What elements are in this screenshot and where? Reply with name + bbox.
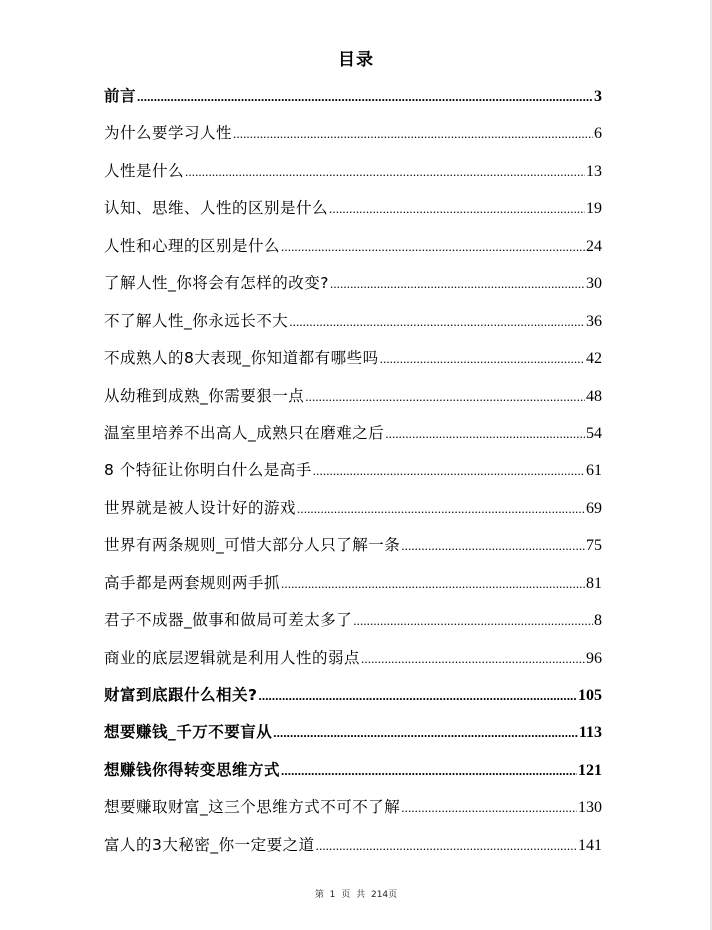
toc-entry-page-number[interactable]: 13 bbox=[586, 160, 602, 184]
toc-entry[interactable]: 想赚钱你得转变思维方式121 bbox=[104, 758, 602, 795]
toc-entry-label[interactable]: 想赚钱你得转变思维方式 bbox=[104, 758, 280, 782]
toc-title: 目录 bbox=[0, 45, 712, 70]
dot-leader bbox=[259, 684, 578, 708]
toc-entry-label[interactable]: 世界有两条规则_可惜大部分人只了解一条 bbox=[104, 533, 400, 557]
toc-entry[interactable]: 了解人性_你将会有怎样的改变?30 bbox=[104, 271, 602, 308]
toc-entry[interactable]: 高手都是两套规则两手抓81 bbox=[104, 571, 602, 608]
toc-entry-page-number[interactable]: 69 bbox=[586, 497, 602, 521]
dot-leader bbox=[316, 834, 577, 858]
toc-entry[interactable]: 想要赚取财富_这三个思维方式不可不了解130 bbox=[104, 795, 602, 832]
toc-entry-page-number[interactable]: 19 bbox=[586, 197, 602, 221]
toc-entry[interactable]: 财富到底跟什么相关?105 bbox=[104, 683, 602, 720]
toc-entry[interactable]: 人性和心理的区别是什么24 bbox=[104, 234, 602, 271]
toc-entry-page-number[interactable]: 3 bbox=[594, 85, 602, 109]
dot-leader bbox=[289, 310, 585, 334]
toc-entry-page-number[interactable]: 96 bbox=[586, 647, 602, 671]
toc-entry[interactable]: 8 个特征让你明白什么是高手61 bbox=[104, 458, 602, 495]
toc-entry-label[interactable]: 想要赚钱_千万不要盲从 bbox=[104, 720, 272, 744]
toc-entry-page-number[interactable]: 75 bbox=[586, 534, 602, 558]
dot-leader bbox=[380, 347, 585, 371]
toc-entry[interactable]: 不成熟人的8大表现_你知道都有哪些吗42 bbox=[104, 346, 602, 383]
toc-entry-label[interactable]: 为什么要学习人性 bbox=[104, 121, 232, 145]
dot-leader bbox=[281, 235, 585, 259]
toc-entry[interactable]: 为什么要学习人性6 bbox=[104, 121, 602, 158]
dot-leader bbox=[281, 759, 577, 783]
dot-leader bbox=[185, 160, 585, 184]
toc-entry[interactable]: 想要赚钱_千万不要盲从113 bbox=[104, 720, 602, 757]
dot-leader bbox=[329, 197, 585, 221]
dot-leader bbox=[305, 385, 585, 409]
toc-entry-page-number[interactable]: 121 bbox=[578, 759, 602, 783]
dot-leader bbox=[401, 534, 585, 558]
toc-entry-label[interactable]: 人性是什么 bbox=[104, 159, 184, 183]
toc-entry[interactable]: 君子不成器_做事和做局可差太多了8 bbox=[104, 608, 602, 645]
toc-entry-page-number[interactable]: 54 bbox=[586, 422, 602, 446]
toc-entry-label[interactable]: 人性和心理的区别是什么 bbox=[104, 234, 280, 258]
dot-leader bbox=[313, 459, 585, 483]
toc-entry-label[interactable]: 不成熟人的8大表现_你知道都有哪些吗 bbox=[104, 346, 379, 370]
toc-entry-page-number[interactable]: 130 bbox=[578, 796, 602, 820]
toc-entry[interactable]: 世界有两条规则_可惜大部分人只了解一条75 bbox=[104, 533, 602, 570]
toc-entry-label[interactable]: 前言 bbox=[104, 84, 136, 108]
toc-entry[interactable]: 人性是什么13 bbox=[104, 159, 602, 196]
dot-leader bbox=[273, 721, 578, 745]
toc-entry-label[interactable]: 世界就是被人设计好的游戏 bbox=[104, 496, 296, 520]
dot-leader bbox=[385, 422, 585, 446]
dot-leader bbox=[401, 796, 577, 820]
toc-entry-page-number[interactable]: 36 bbox=[586, 310, 602, 334]
page-footer: 第 1 页 共 214页 bbox=[0, 887, 712, 900]
dot-leader bbox=[297, 497, 585, 521]
toc-entry-page-number[interactable]: 113 bbox=[579, 721, 602, 745]
dot-leader bbox=[281, 572, 585, 596]
toc-entry-page-number[interactable]: 141 bbox=[578, 834, 602, 858]
toc-entry-label[interactable]: 财富到底跟什么相关? bbox=[104, 683, 258, 707]
dot-leader bbox=[353, 609, 593, 633]
toc-entry-label[interactable]: 8 个特征让你明白什么是高手 bbox=[104, 458, 312, 482]
toc-entry[interactable]: 不了解人性_你永远长不大36 bbox=[104, 309, 602, 346]
toc-entry-label[interactable]: 富人的3大秘密_你一定要之道 bbox=[104, 833, 315, 857]
toc-entry-label[interactable]: 认知、思维、人性的区别是什么 bbox=[104, 196, 328, 220]
toc-entry[interactable]: 从幼稚到成熟_你需要狠一点48 bbox=[104, 384, 602, 421]
toc-entry-page-number[interactable]: 6 bbox=[594, 122, 602, 146]
toc-entry-page-number[interactable]: 61 bbox=[586, 459, 602, 483]
dot-leader bbox=[361, 647, 585, 671]
toc-entry[interactable]: 前言3 bbox=[104, 84, 602, 121]
toc-entry-page-number[interactable]: 30 bbox=[586, 272, 602, 296]
toc-entry-page-number[interactable]: 48 bbox=[586, 385, 602, 409]
toc-entry[interactable]: 商业的底层逻辑就是利用人性的弱点96 bbox=[104, 646, 602, 683]
toc-entry-label[interactable]: 商业的底层逻辑就是利用人性的弱点 bbox=[104, 646, 360, 670]
dot-leader bbox=[330, 272, 585, 296]
toc-entry-page-number[interactable]: 81 bbox=[586, 572, 602, 596]
toc-entry-page-number[interactable]: 105 bbox=[578, 684, 602, 708]
toc-entry-label[interactable]: 高手都是两套规则两手抓 bbox=[104, 571, 280, 595]
document-page: 目录 前言3为什么要学习人性6人性是什么13认知、思维、人性的区别是什么19人性… bbox=[0, 0, 710, 930]
toc-entry-label[interactable]: 君子不成器_做事和做局可差太多了 bbox=[104, 608, 352, 632]
toc-list: 前言3为什么要学习人性6人性是什么13认知、思维、人性的区别是什么19人性和心理… bbox=[104, 84, 602, 870]
toc-entry[interactable]: 温室里培养不出高人_成熟只在磨难之后54 bbox=[104, 421, 602, 458]
toc-entry[interactable]: 认知、思维、人性的区别是什么19 bbox=[104, 196, 602, 233]
toc-entry-label[interactable]: 想要赚取财富_这三个思维方式不可不了解 bbox=[104, 795, 400, 819]
dot-leader bbox=[233, 122, 593, 146]
toc-entry-page-number[interactable]: 24 bbox=[586, 235, 602, 259]
toc-entry-label[interactable]: 不了解人性_你永远长不大 bbox=[104, 309, 288, 333]
toc-entry-page-number[interactable]: 8 bbox=[594, 609, 602, 633]
toc-entry-label[interactable]: 从幼稚到成熟_你需要狠一点 bbox=[104, 384, 304, 408]
toc-entry-label[interactable]: 温室里培养不出高人_成熟只在磨难之后 bbox=[104, 421, 384, 445]
dot-leader bbox=[137, 85, 593, 109]
toc-entry-label[interactable]: 了解人性_你将会有怎样的改变? bbox=[104, 271, 329, 295]
toc-entry[interactable]: 世界就是被人设计好的游戏69 bbox=[104, 496, 602, 533]
toc-entry[interactable]: 富人的3大秘密_你一定要之道141 bbox=[104, 833, 602, 870]
toc-entry-page-number[interactable]: 42 bbox=[586, 347, 602, 371]
